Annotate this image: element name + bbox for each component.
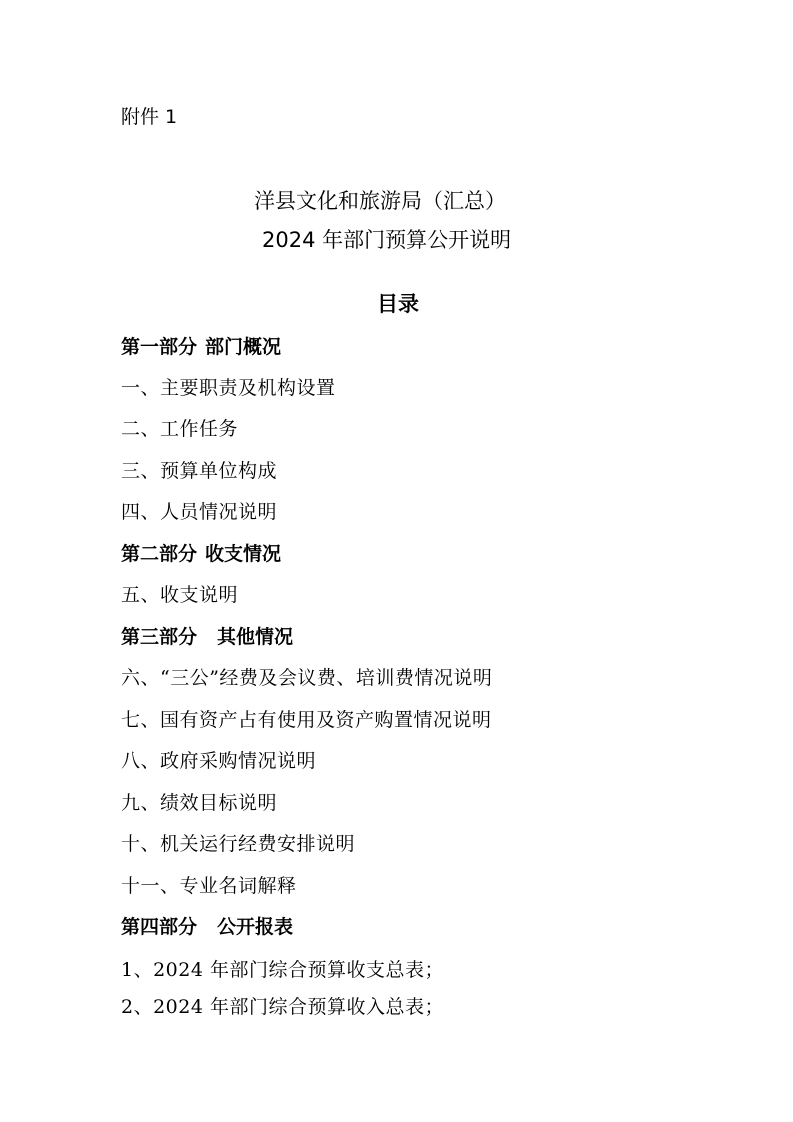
toc-part-name: 其他情况	[217, 626, 293, 648]
toc-part-3[interactable]: 第三部分其他情况	[121, 628, 293, 647]
toc-item[interactable]: 八、政府采购情况说明	[121, 752, 316, 771]
toc-item[interactable]: 十、机关运行经费安排说明	[121, 835, 355, 854]
document-title-line2: 2024 年部门预算公开说明	[262, 230, 511, 251]
toc-item[interactable]: 七、国有资产占有使用及资产购置情况说明	[121, 711, 492, 730]
toc-item[interactable]: 2、2024 年部门综合预算收入总表；	[121, 998, 444, 1017]
toc-item[interactable]: 一、主要职责及机构设置	[121, 379, 336, 398]
toc-part-1[interactable]: 第一部分部门概况	[121, 338, 281, 357]
toc-item[interactable]: 九、绩效目标说明	[121, 794, 277, 813]
toc-heading: 目录	[377, 294, 419, 315]
toc-part-number: 第四部分	[121, 916, 197, 938]
attachment-label: 附件 1	[121, 108, 177, 127]
toc-part-name: 部门概况	[205, 336, 281, 358]
toc-part-2[interactable]: 第二部分收支情况	[121, 545, 281, 564]
document-page: 附件 1 洋县文化和旅游局（汇总） 2024 年部门预算公开说明 目录 第一部分…	[0, 0, 793, 1122]
toc-part-4[interactable]: 第四部分公开报表	[121, 918, 293, 937]
toc-part-number: 第三部分	[121, 626, 197, 648]
toc-item[interactable]: 二、工作任务	[121, 420, 238, 439]
toc-item[interactable]: 四、人员情况说明	[121, 503, 277, 522]
toc-part-number: 第二部分	[121, 543, 197, 565]
toc-item[interactable]: 六、“三公”经费及会议费、培训费情况说明	[121, 669, 492, 688]
toc-item[interactable]: 五、收支说明	[121, 586, 238, 605]
toc-part-name: 收支情况	[205, 543, 281, 565]
toc-item[interactable]: 十一、专业名词解释	[121, 877, 297, 896]
toc-item[interactable]: 三、预算单位构成	[121, 462, 277, 481]
toc-item[interactable]: 1、2024 年部门综合预算收支总表；	[121, 961, 444, 980]
document-title-line1: 洋县文化和旅游局（汇总）	[254, 191, 506, 212]
toc-part-name: 公开报表	[217, 916, 293, 938]
toc-part-number: 第一部分	[121, 336, 197, 358]
